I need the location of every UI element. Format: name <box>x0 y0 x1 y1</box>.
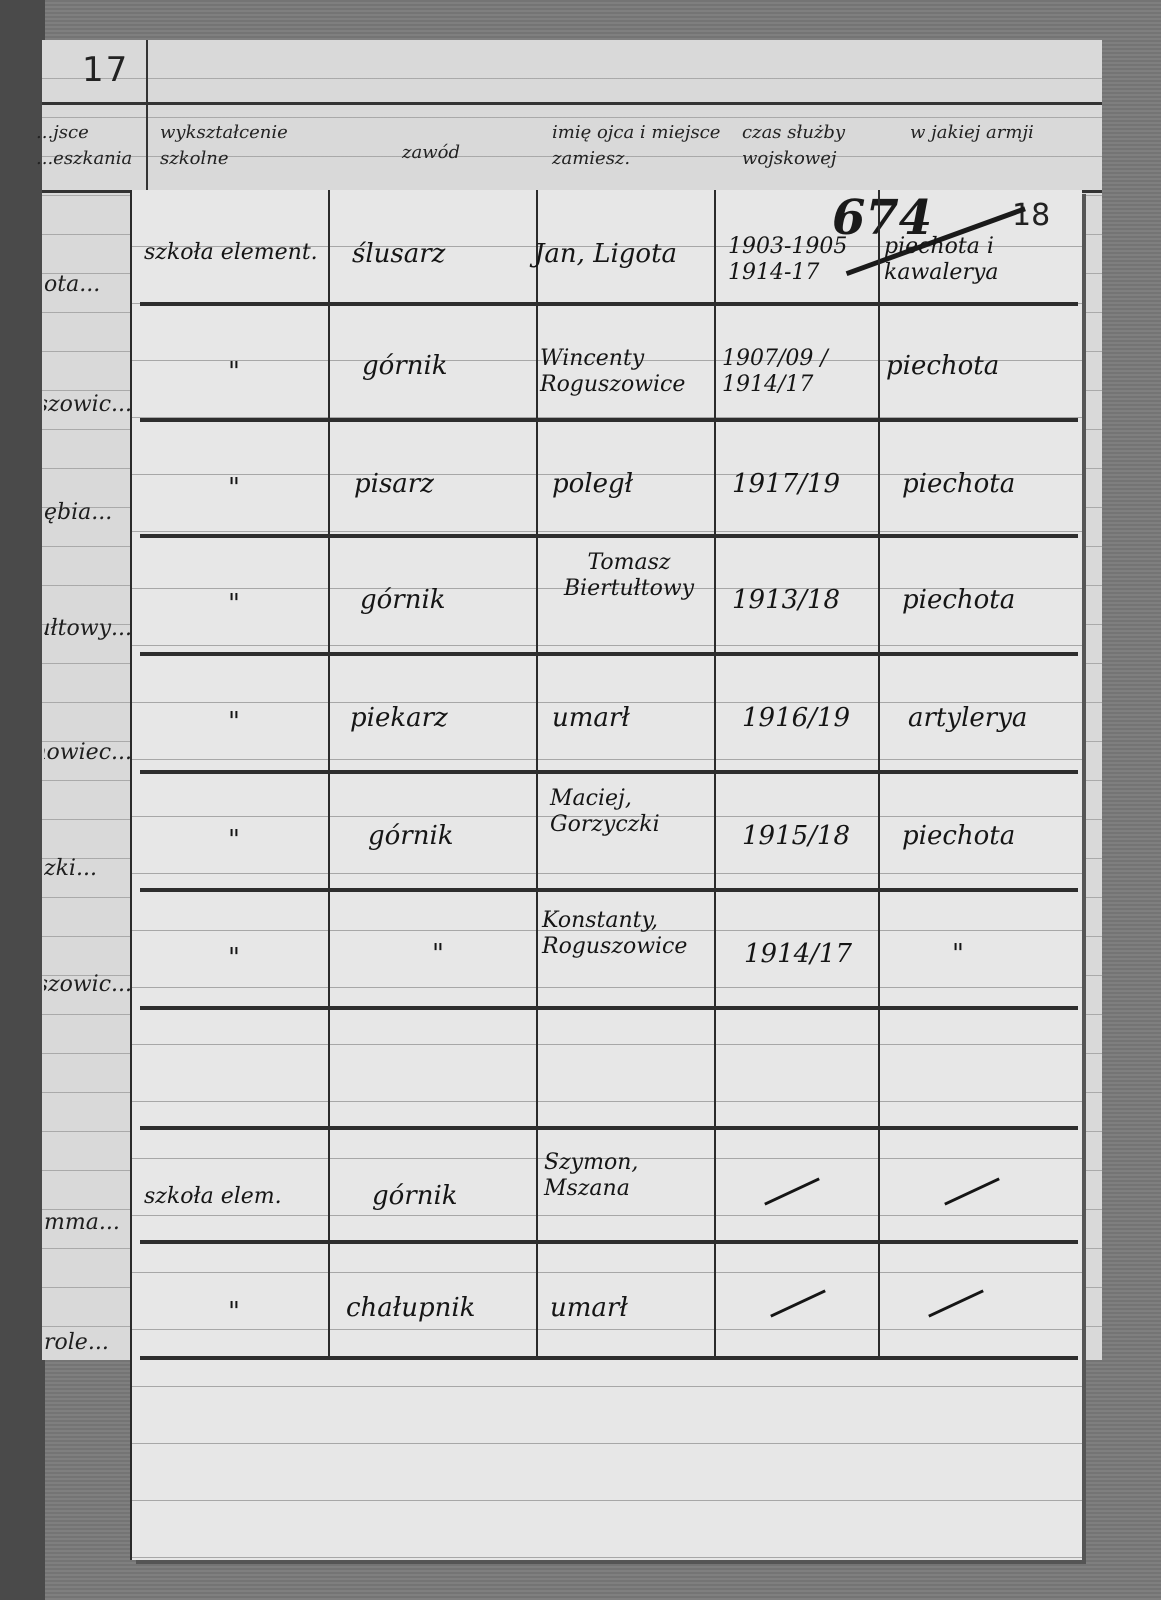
row-2-occupation: górnik <box>362 350 448 382</box>
row-4-education: " <box>228 588 240 620</box>
row-divider <box>140 652 1078 656</box>
row-3-army: piechota <box>902 468 1015 500</box>
margin-fragment: ...role <box>44 1330 132 1355</box>
binding-shadow <box>0 0 45 1600</box>
row-divider <box>140 888 1078 892</box>
under-header-service: czas służby wojskowej <box>742 120 902 190</box>
margin-fragment: ...nowiec <box>44 740 132 765</box>
row-7-army: " <box>952 938 964 970</box>
margin-fragment: ...tułtowy <box>44 616 132 641</box>
row-5-education: " <box>228 706 240 738</box>
row-3-father: poległ <box>552 468 633 500</box>
row-divider <box>140 1006 1078 1010</box>
row-5-army: artylerya <box>908 702 1027 734</box>
row-1-army: piechota i kawalerya <box>884 234 1074 286</box>
row-7-education: " <box>228 942 240 974</box>
row-divider <box>140 1126 1078 1130</box>
under-header-father: imię ojca i miejsce zamiesz. <box>552 120 732 190</box>
row-1-education: szkoła element. <box>144 240 318 266</box>
row-divider <box>140 534 1078 538</box>
row-6-father: Maciej, Gorzyczki <box>550 786 710 838</box>
margin-fragment: ...uszowic <box>44 392 132 417</box>
row-4-army: piechota <box>902 584 1015 616</box>
row-6-service: 1915/18 <box>742 820 850 852</box>
row-5-service: 1916/19 <box>742 702 850 734</box>
column-divider <box>328 190 330 1360</box>
row-2-father: Wincenty Roguszowice <box>540 346 710 398</box>
row-3-education: " <box>228 472 240 504</box>
row-1-service: 1903-1905 1914-17 <box>728 234 847 286</box>
register-page: 18 674 szkoła element. ślusarz Jan, Ligo… <box>132 190 1082 1560</box>
row-9-army-dash <box>944 1177 1000 1205</box>
row-1-occupation: ślusarz <box>352 238 445 270</box>
row-10-education: " <box>228 1296 240 1328</box>
row-10-occupation: chałupnik <box>346 1292 475 1324</box>
row-divider <box>140 418 1078 422</box>
row-9-service-dash <box>764 1177 820 1205</box>
right-page-number: 18 <box>1012 198 1050 233</box>
row-2-army: piechota <box>886 350 999 382</box>
row-4-service: 1913/18 <box>732 584 840 616</box>
row-divider <box>140 770 1078 774</box>
under-header-army: w jakiej armji <box>910 120 1100 190</box>
row-2-service: 1907/09 / 1914/17 <box>722 346 842 398</box>
row-6-army: piechota <box>902 820 1015 852</box>
row-divider <box>140 1356 1078 1360</box>
row-5-father: umarł <box>552 702 630 734</box>
row-7-service: 1914/17 <box>744 938 852 970</box>
row-10-service-dash <box>770 1289 826 1317</box>
row-4-occupation: górnik <box>360 584 446 616</box>
row-3-service: 1917/19 <box>732 468 840 500</box>
row-7-father: Konstanty, Roguszowice <box>542 908 712 960</box>
row-9-education: szkoła elem. <box>144 1184 282 1210</box>
row-divider <box>140 302 1078 306</box>
left-page-number: 17 <box>82 50 129 90</box>
margin-fragment: ...uszowic <box>44 972 132 997</box>
margin-fragment: ...ębia <box>44 500 132 525</box>
row-9-occupation: górnik <box>372 1180 458 1212</box>
column-divider <box>878 190 880 1360</box>
under-header-residence: ...jsce ...eszkania <box>36 120 146 190</box>
row-4-father: Tomasz Biertułtowy <box>544 550 714 602</box>
header-rule <box>42 102 1102 105</box>
column-divider <box>536 190 538 1360</box>
row-9-father: Szymon, Mszana <box>544 1150 704 1202</box>
row-7-occupation: " <box>432 938 444 970</box>
row-10-army-dash <box>928 1289 984 1317</box>
margin-fragment: ...ota <box>44 272 132 297</box>
row-6-occupation: górnik <box>368 820 454 852</box>
column-divider <box>714 190 716 1360</box>
row-1-father: Jan, Ligota <box>534 238 677 270</box>
under-header-education: wykształcenie szkolne <box>160 120 340 190</box>
row-5-occupation: piekarz <box>350 702 448 734</box>
row-10-father: umarł <box>550 1292 628 1324</box>
margin-fragment: ...mma <box>44 1210 132 1235</box>
row-3-occupation: pisarz <box>354 468 434 500</box>
row-2-education: " <box>228 356 240 388</box>
margin-fragment: ...zki <box>44 856 132 881</box>
row-6-education: " <box>228 824 240 856</box>
row-divider <box>140 1240 1078 1244</box>
